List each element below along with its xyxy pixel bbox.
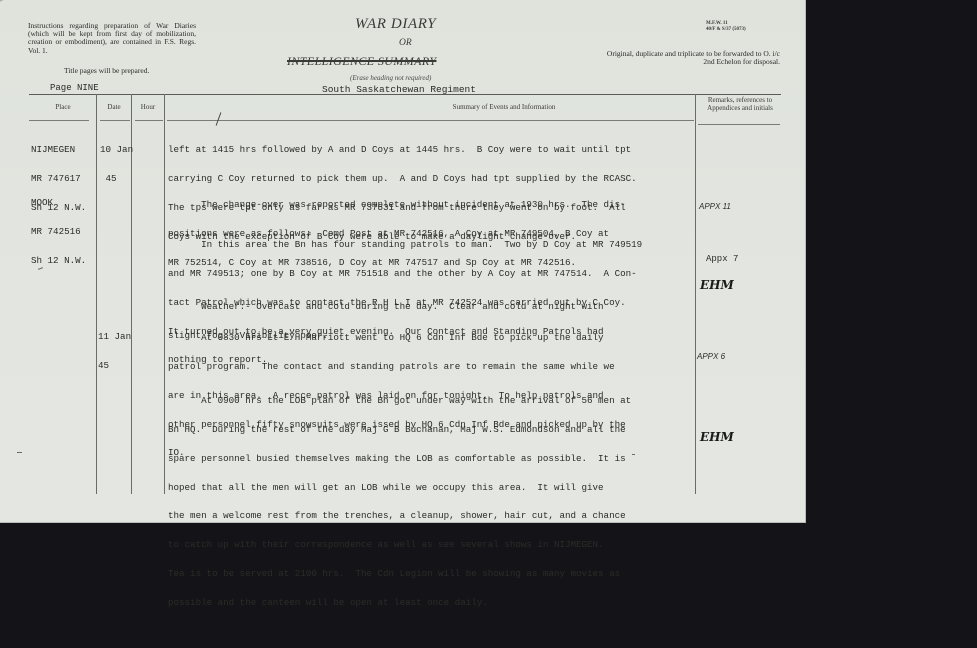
summary-line: possible and the canteen will be open at…	[168, 598, 631, 608]
date-entry: 11 Jan 45	[98, 313, 131, 390]
summary-line: to catch up with their correspondence as…	[168, 540, 631, 550]
summary-line: Tea is to be served at 2100 hrs. The Cdn…	[168, 569, 631, 579]
summary-line: and MR 749513; one by B Coy at MR 751518…	[168, 269, 642, 279]
date-line: 10 Jan	[100, 145, 133, 155]
summary-line: The change-over was reported complete wi…	[168, 200, 626, 210]
header-rule-place	[29, 120, 89, 121]
place-line: Sh 12 N.W.	[31, 256, 86, 266]
summary-line: spare personnel busied themselves making…	[168, 454, 631, 464]
title-pages-note: Title pages will be prepared.	[64, 66, 149, 75]
title-or: OR	[399, 38, 412, 48]
header-hour: Hour	[132, 103, 164, 111]
date-line: 45	[100, 174, 133, 184]
remark-appendix-6: APPX 6	[697, 352, 725, 361]
struck-title: INTELLIGENCE SUMMARY	[287, 54, 436, 69]
summary-line: At 0830 hrs Lt E H Marriott went to HQ 6…	[168, 333, 626, 343]
header-date: Date	[97, 103, 131, 111]
summary-line: Bn HQ. During the rest of the day Maj G …	[168, 425, 631, 435]
header-remarks: Remarks, references to Appendices and in…	[698, 96, 782, 112]
page-fold-edge	[0, 0, 52, 7]
header-rule-summary	[167, 120, 694, 121]
pencil-mark	[17, 452, 22, 453]
form-code-line-2: 40/F & S/37 (5073)	[706, 27, 746, 33]
header-rule-remarks	[698, 124, 780, 125]
instructions-note: Instructions regarding preparation of Wa…	[28, 22, 196, 55]
erase-note: (Erase heading not required)	[350, 74, 431, 82]
distribution-note: Original, duplicate and triplicate to be…	[600, 50, 780, 66]
summary-entry: At 0900 hrs the LOB plan of the Bn got u…	[168, 377, 631, 626]
date-line: 45	[98, 361, 131, 371]
column-divider-hour	[164, 94, 165, 494]
date-entry: 10 Jan 45	[100, 126, 133, 203]
summary-line: the men a welcome rest from the trenches…	[168, 511, 631, 521]
document-title: WAR DIARY	[355, 16, 436, 33]
war-diary-page: Instructions regarding preparation of Wa…	[0, 0, 806, 523]
pencil-mark	[216, 112, 222, 125]
remark-appendix-11: APPX 11	[699, 202, 731, 211]
page-number: Page NINE	[50, 83, 99, 93]
place-line: MOOK	[31, 198, 86, 208]
remark-appendix-7: Appx 7	[706, 254, 738, 264]
place-line: MR 742516	[31, 227, 86, 237]
header-rule-hour	[135, 120, 163, 121]
table-top-rule	[29, 94, 781, 95]
summary-line: left at 1415 hrs followed by A and D Coy…	[168, 145, 637, 155]
summary-line: patrol program. The contact and standing…	[168, 362, 626, 372]
date-line: 11 Jan	[98, 332, 131, 342]
summary-line: At 0900 hrs the LOB plan of the Bn got u…	[168, 396, 631, 406]
initials-signature: EHM	[700, 278, 734, 292]
header-place: Place	[30, 103, 96, 111]
summary-line: Weather:- Overcast and cold during the d…	[168, 302, 604, 312]
header-summary: Summary of Events and Information	[165, 103, 693, 111]
column-divider-place	[96, 94, 97, 494]
place-line: NIJMEGEN	[31, 145, 86, 155]
form-code: M.F.W. 11 40/F & S/37 (5073)	[706, 21, 746, 33]
column-divider-summary	[695, 94, 696, 494]
summary-line: In this area the Bn has four standing pa…	[168, 240, 642, 250]
initials-signature: EHM	[700, 430, 734, 444]
summary-line: hoped that all the men will get an LOB w…	[168, 483, 631, 493]
header-rule-date	[100, 120, 130, 121]
pencil-mark	[632, 454, 635, 455]
